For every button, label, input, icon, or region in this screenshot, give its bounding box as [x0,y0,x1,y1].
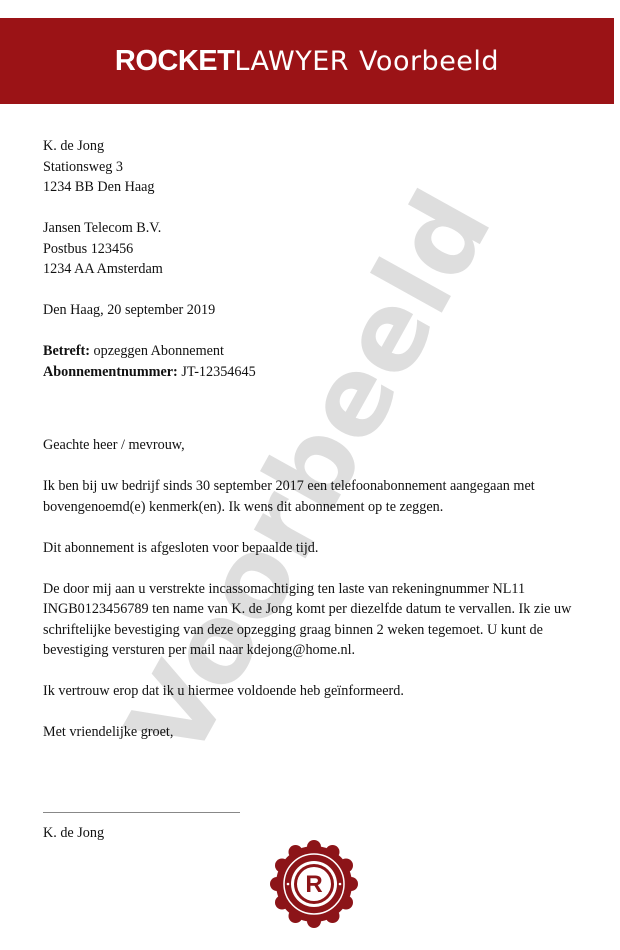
brand-bold: ROCKET [115,45,234,77]
recipient-city: 1234 AA Amsterdam [43,259,583,280]
sender-street: Stationsweg 3 [43,157,583,178]
sender-name: K. de Jong [43,136,583,157]
salutation: Geachte heer / mevrouw, [43,435,583,456]
paragraph-1: Ik ben bij uw bedrijf sinds 30 september… [43,476,583,517]
letter-body: K. de Jong Stationsweg 3 1234 BB Den Haa… [43,136,583,843]
subject-value: opzeggen Abonnement [90,343,224,359]
svg-text:R: R [305,871,322,898]
recipient-street: Postbus 123456 [43,239,583,260]
rocket-lawyer-seal-icon: R [270,840,358,928]
paragraph-2: Dit abonnement is afgesloten voor bepaal… [43,538,583,559]
reference-value: JT-12354645 [178,364,256,380]
recipient-name: Jansen Telecom B.V. [43,218,583,239]
date-line: Den Haag, 20 september 2019 [43,300,583,321]
brand-light: LAWYER [234,46,349,77]
signature-line [43,812,240,813]
paragraph-3: De door mij aan u verstrekte incassomach… [43,579,583,661]
reference-label: Abonnementnummer: [43,364,178,380]
closing: Met vriendelijke groet, [43,722,583,743]
sender-city: 1234 BB Den Haag [43,177,583,198]
brand-logo: ROCKETLAWYERVoorbeeld [115,45,499,78]
subject-line: Betreft: opzeggen Abonnement [43,341,583,362]
reference-line: Abonnementnummer: JT-12354645 [43,362,583,383]
subject-label: Betreft: [43,343,90,359]
banner-suffix: Voorbeeld [359,46,499,77]
paragraph-4: Ik vertrouw erop dat ik u hiermee voldoe… [43,681,583,702]
header-banner: ROCKETLAWYERVoorbeeld [0,18,614,104]
